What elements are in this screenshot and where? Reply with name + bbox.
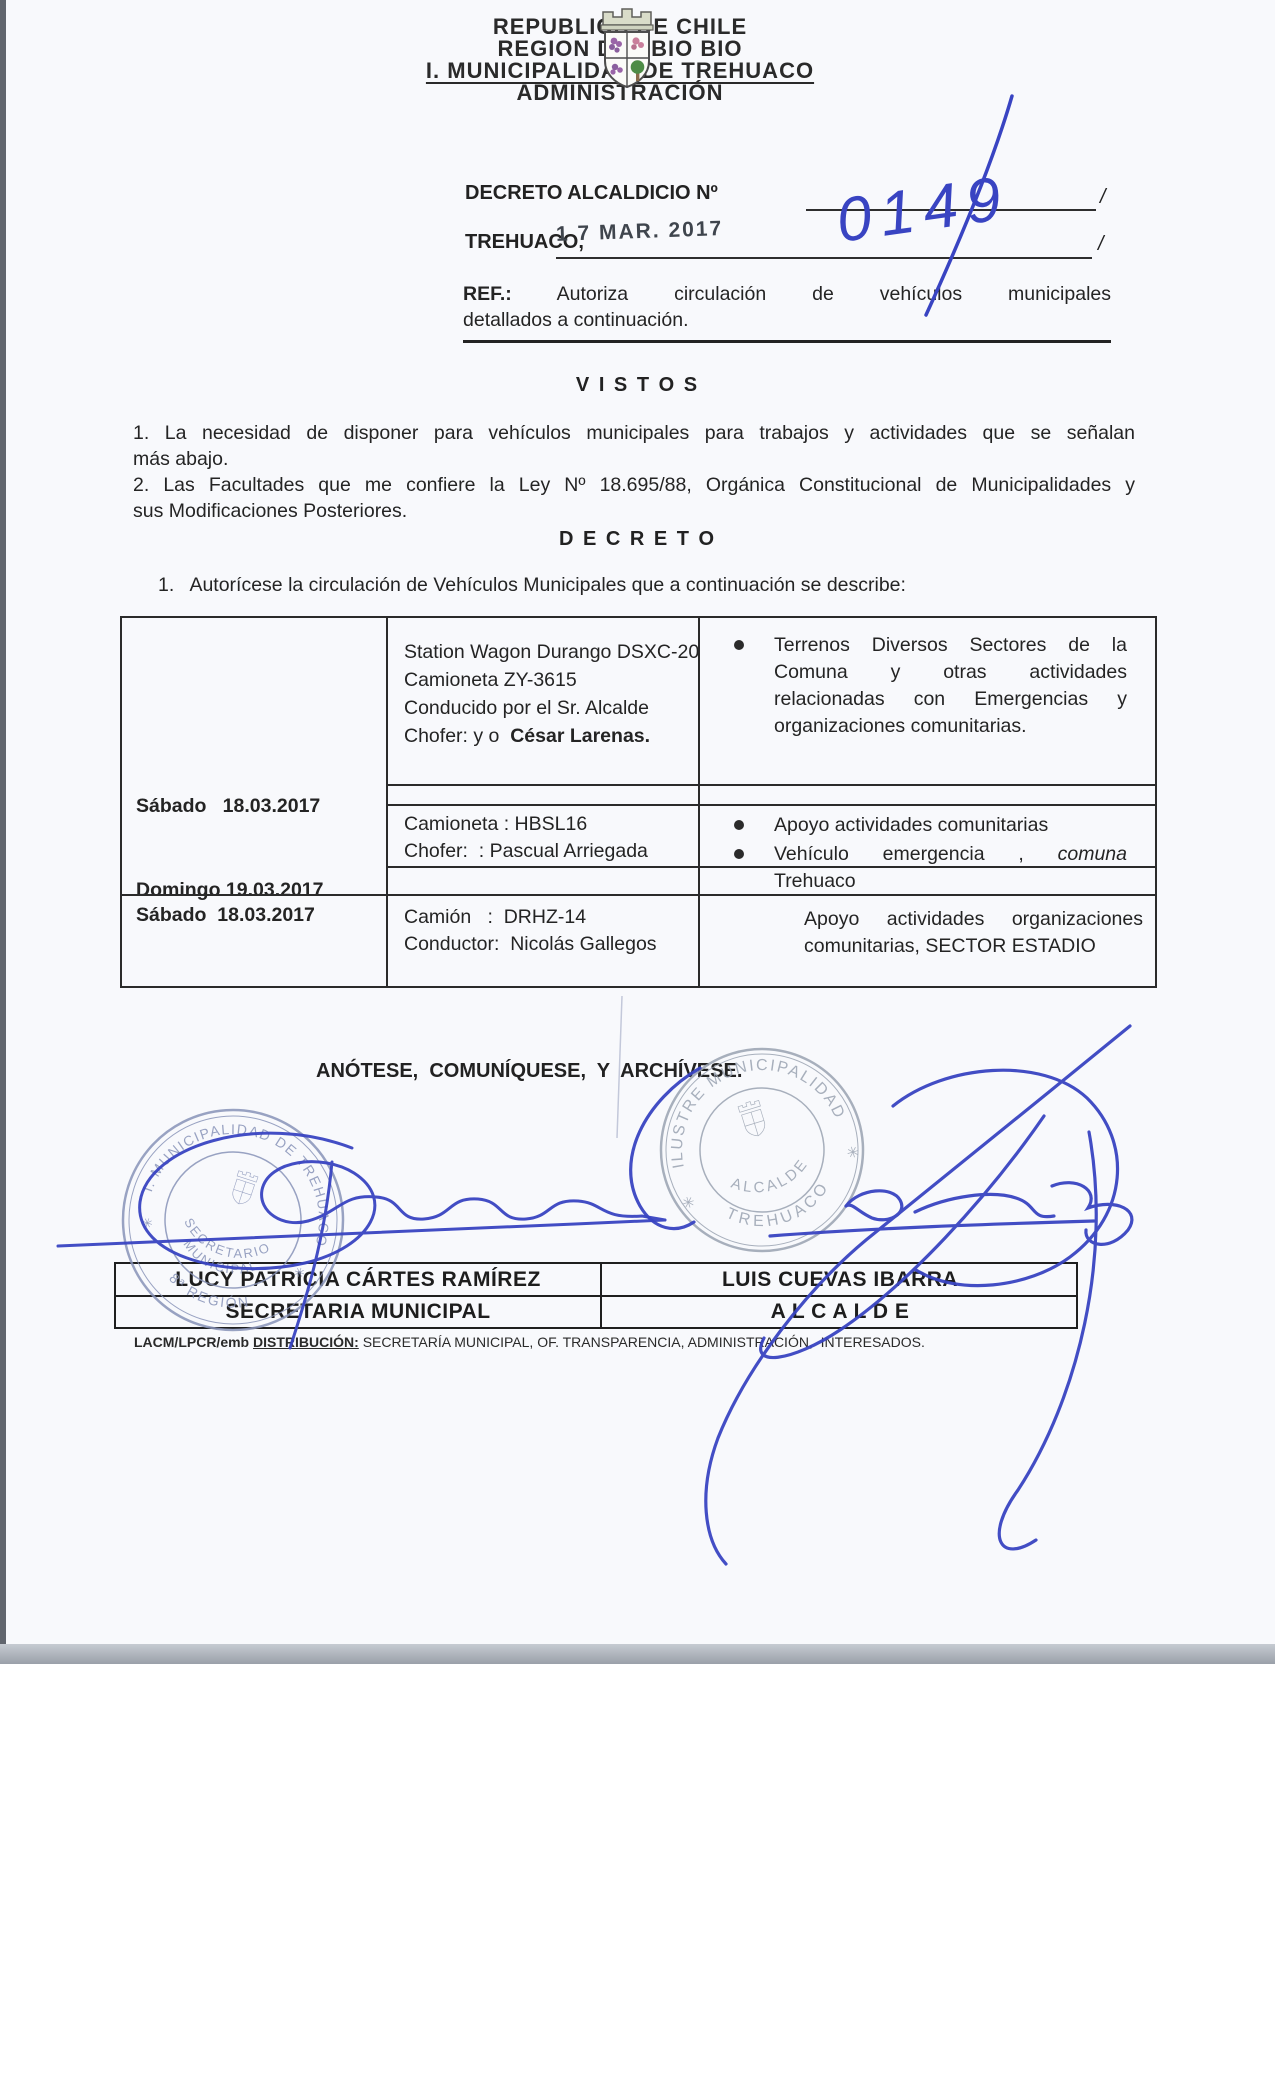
table-spacer-cell [388,784,700,804]
vehicle1-line2: Camioneta ZY-3615 [404,666,698,694]
reference-line2: detallados a continuación. [463,307,1111,333]
vistos-heading: V I S T O S [0,374,1275,397]
vehicle1-line3: Conducido por el Sr. Alcalde [404,694,698,722]
purpose1-text: Terrenos Diversos Sectores de la Comuna … [774,632,1141,740]
reference-block: REF.: Autoriza circulación de vehículos … [463,281,1111,343]
mayor-title: A L C A L D E [602,1295,1078,1327]
vehicle3-line1: Camión : DRHZ-14 [404,904,698,931]
table-spacer-cell [700,866,1155,894]
purpose2-text2-italic: comuna [1058,843,1127,865]
purpose2-text1: Apoyo actividades comunitarias [774,812,1141,839]
decree-number-label: DECRETO ALCALDICIO Nº [465,182,718,205]
vistos-item1-line2: más abajo. [133,446,1135,472]
table-cell-vehicle3: Camión : DRHZ-14 Conductor: Nicolás Gall… [388,894,700,986]
vehicle2-line1: Camioneta : HBSL16 [404,811,698,838]
bullet-dot-icon [734,820,744,830]
table-cell-vehicle1: Station Wagon Durango DSXC-20 Camioneta … [388,618,700,784]
vehicle2-line2: Chofer: : Pascual Arriegada [404,838,698,865]
vehicle1-line4: Chofer: y o César Larenas. [404,722,698,750]
scanned-decree-page: REPUBLICA DE CHILE REGION DEL BIO BIO I.… [0,0,1275,2100]
closing-formula: ANÓTESE, COMUNÍQUESE, Y ARCHÍVESE. [316,1060,742,1083]
table-spacer-cell [388,866,700,894]
vistos-item1-line1: 1. La necesidad de disponer para vehícul… [133,420,1135,446]
table-spacer-cell [700,784,1155,804]
scan-edge-bottom [0,1644,1275,1664]
scan-edge-left [0,0,6,1660]
reference-text1: Autoriza circulación de vehículos munici… [512,283,1111,305]
purpose2-bullet-row1: Apoyo actividades comunitarias [734,812,1141,839]
distribution-line: LACM/LPCR/emb DISTRIBUCIÓN: SECRETARÍA M… [134,1334,925,1350]
secretary-title: SECRETARIA MUNICIPAL [116,1295,602,1327]
vistos-item2-line1: 2. Las Facultades que me confiere la Ley… [133,472,1135,498]
drafter-initials: LACM/LPCR/emb [134,1334,249,1350]
table-cell-date-group2: Sábado 18.03.2017 [122,894,388,986]
bullet-dot-icon [734,849,744,859]
date-line [556,257,1092,259]
reference-line1: REF.: Autoriza circulación de vehículos … [463,281,1111,307]
table-cell-purpose3: Apoyo actividades organizaciones comunit… [700,894,1155,986]
decree-number-line [806,209,1096,211]
vehicle3-line2: Conductor: Nicolás Gallegos [404,931,698,958]
vehicle1-driver-prefix: Chofer: y o [404,725,510,747]
date-slash: / [1098,233,1104,256]
vehicles-table: Sábado 18.03.2017 Domingo 19.03.2017 Sta… [120,616,1157,988]
purpose2-text2-pre: Vehículo emergencia , [774,843,1058,865]
reference-label: REF.: [463,283,512,305]
purpose1-bullet-row: Terrenos Diversos Sectores de la Comuna … [734,632,1141,740]
secretary-name: LUCY PATRICIA CÁRTES RAMÍREZ [116,1264,602,1295]
vistos-paragraphs: 1. La necesidad de disponer para vehícul… [133,420,1135,524]
vehicle1-line1: Station Wagon Durango DSXC-20 [404,638,698,666]
vehicle1-driver-name: César Larenas. [510,725,650,747]
decreto-heading: D E C R E T O [0,528,1275,551]
bullet-dot-icon [734,640,744,650]
distribution-label: DISTRIBUCIÓN: [253,1334,359,1350]
mayor-name: LUIS CUEVAS IBARRA [602,1264,1078,1295]
table-cell-purpose1: Terrenos Diversos Sectores de la Comuna … [700,618,1155,784]
decree-number-slash: / [1100,186,1106,209]
date-saturday: Sábado 18.03.2017 [136,792,386,820]
vistos-item2-line2: sus Modificaciones Posteriores. [133,498,1135,524]
table-cell-purpose2: Apoyo actividades comunitarias Vehículo … [700,804,1155,866]
table-cell-vehicle2: Camioneta : HBSL16 Chofer: : Pascual Arr… [388,804,700,866]
decreto-intro: 1. Autorícese la circulación de Vehículo… [158,574,1158,597]
distribution-text: SECRETARÍA MUNICIPAL, OF. TRANSPARENCIA,… [363,1334,925,1350]
table-cell-dates-group1: Sábado 18.03.2017 Domingo 19.03.2017 [122,618,388,894]
signature-table: LUCY PATRICIA CÁRTES RAMÍREZ LUIS CUEVAS… [114,1262,1078,1329]
municipal-coat-of-arms-icon [588,4,666,90]
